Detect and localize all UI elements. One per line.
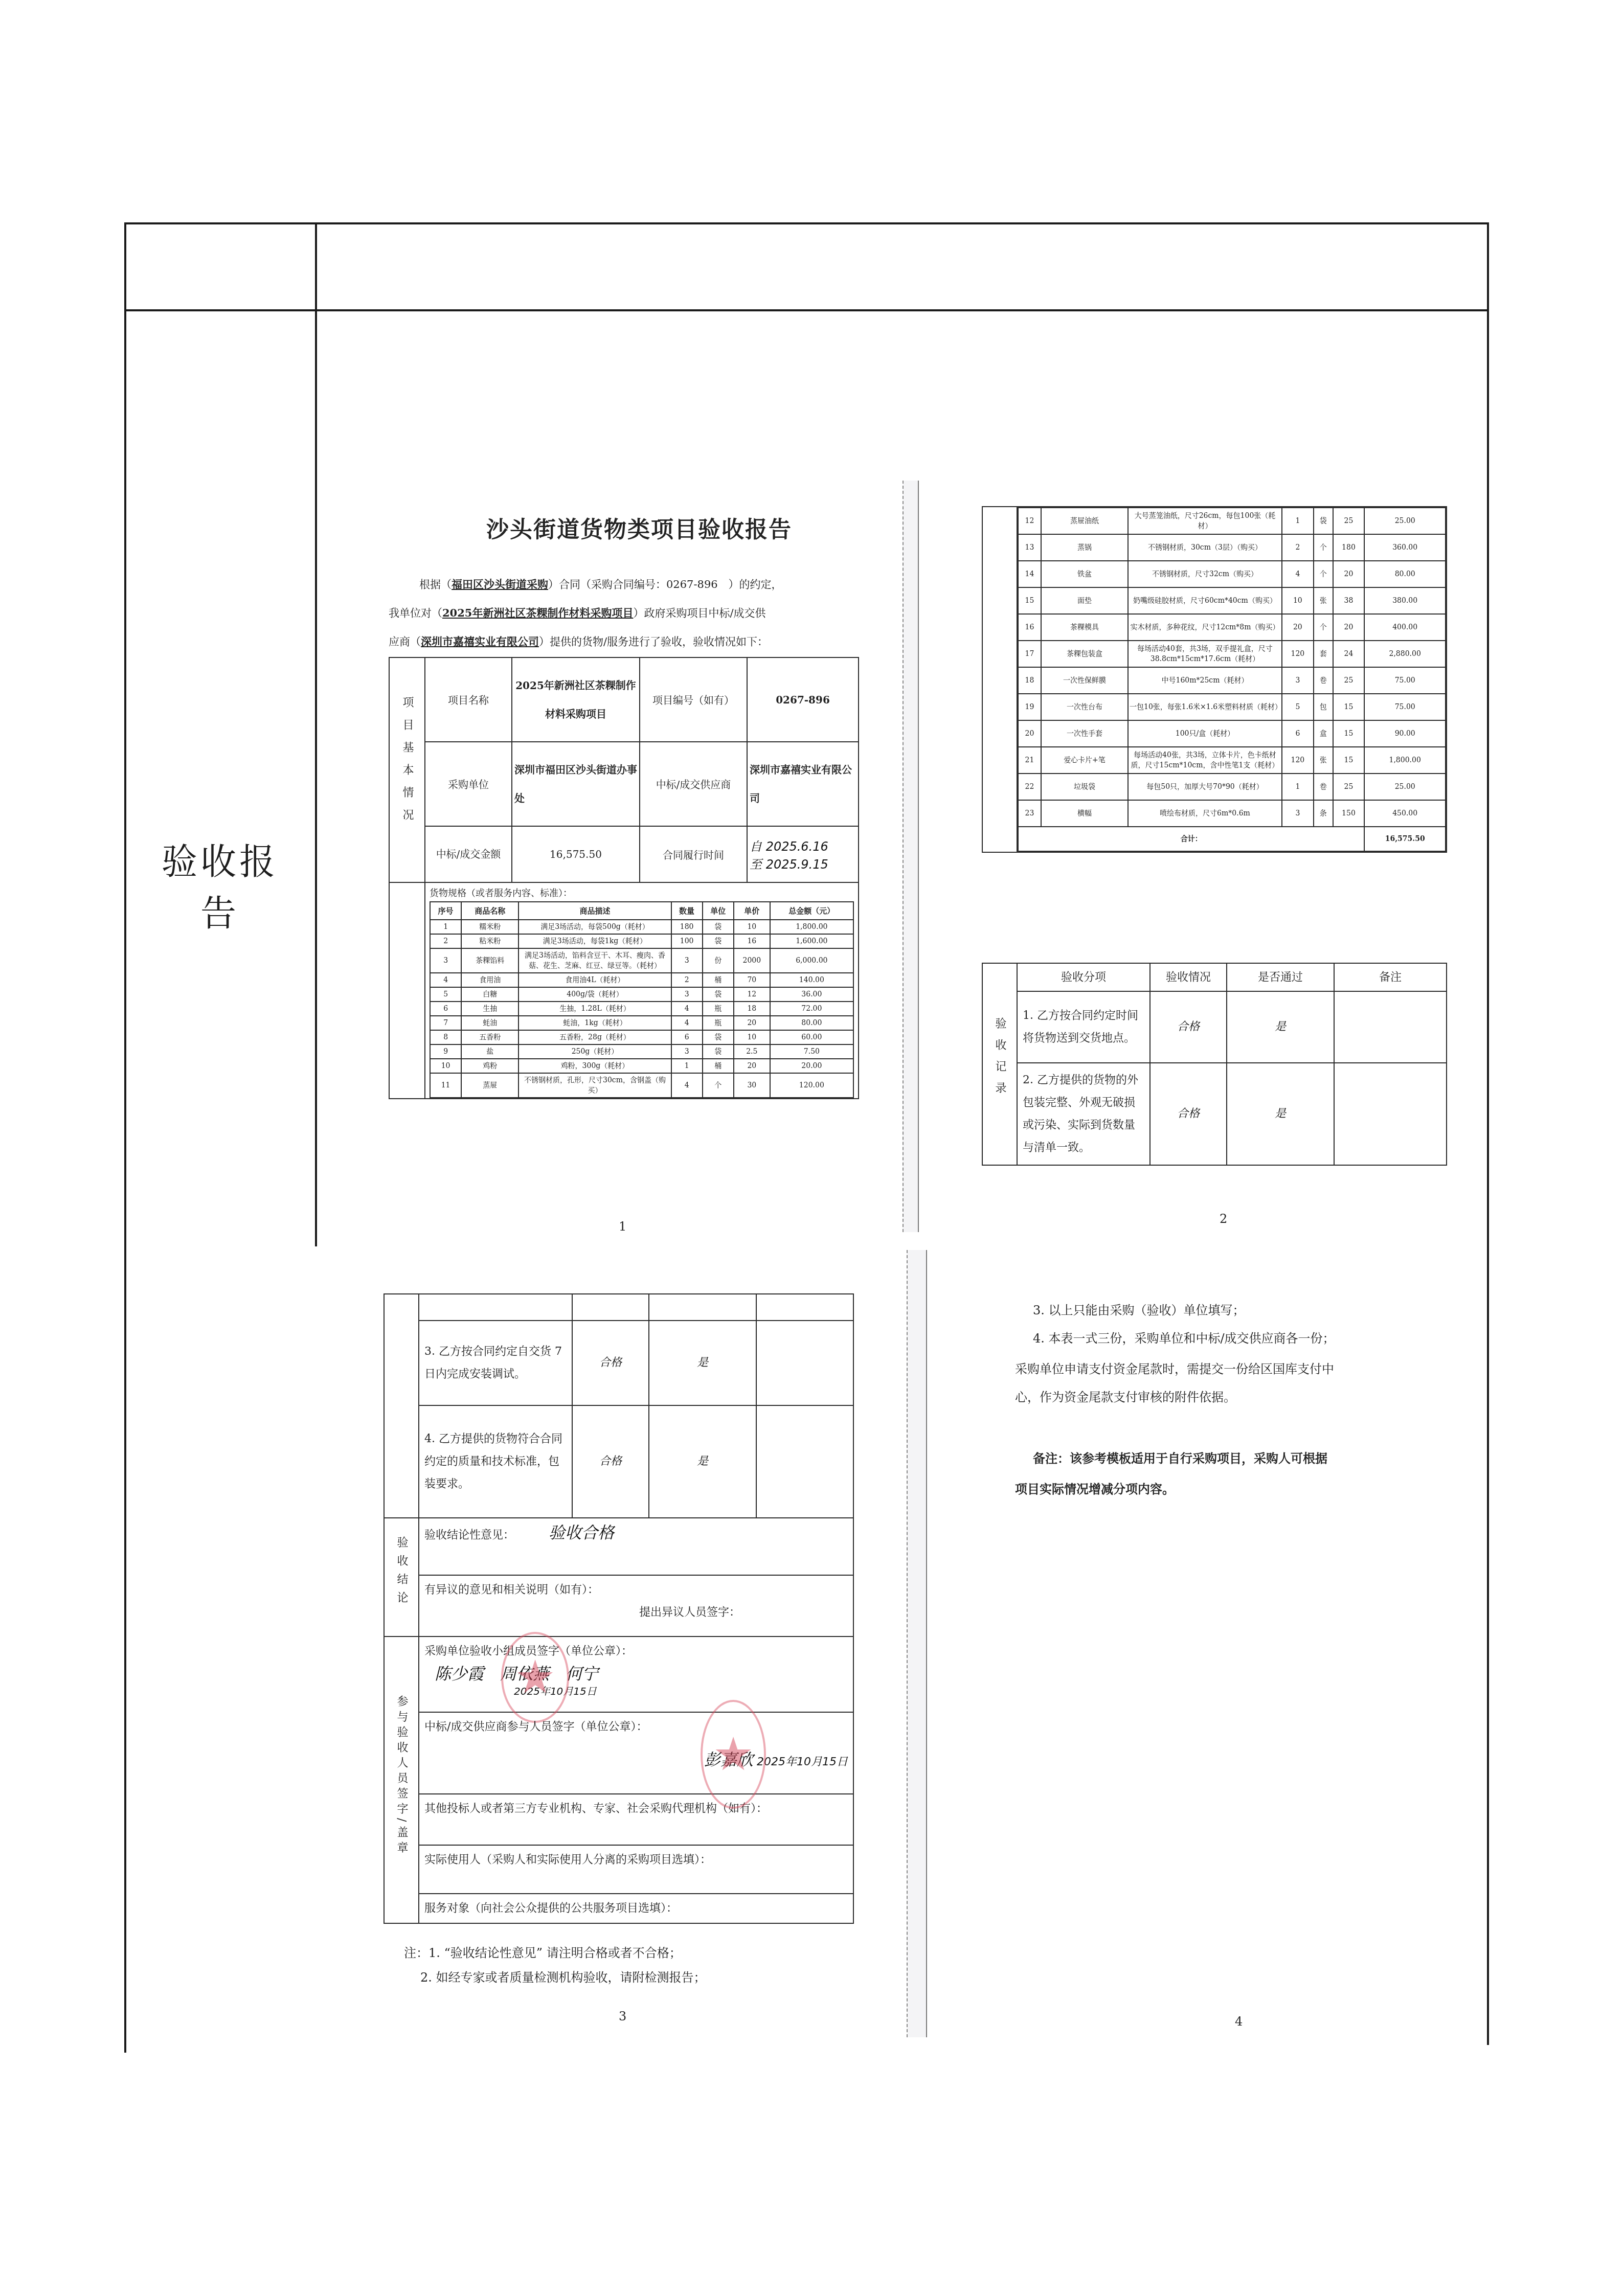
- record-item-2: 2. 乙方提供的货物的外包装完整、外观无破损或污染、实际到货数量与清单一致。: [1017, 1063, 1150, 1165]
- signature-table: 参与验收人员签字/盖章 采购单位验收小组成员签字（单位公章）： 陈少霞 周依燕 …: [384, 1636, 854, 1924]
- column-header: 序号: [430, 902, 461, 920]
- table-cell: 2000: [734, 948, 770, 973]
- table-cell: 个: [703, 1073, 734, 1098]
- record-item-1: 1. 乙方按合同约定时间将货物送到交货地点。: [1017, 991, 1150, 1063]
- table-cell: 18: [1018, 667, 1041, 694]
- table-cell: 3: [671, 987, 703, 1002]
- table-cell: 4: [671, 1016, 703, 1030]
- table-cell: 蒸屉: [461, 1073, 518, 1098]
- record-result-2: 合格: [1150, 1063, 1227, 1165]
- table-cell: 4: [671, 1002, 703, 1016]
- table-cell: 20: [1282, 614, 1314, 641]
- column-header: 单位: [703, 902, 734, 920]
- page-2: 12蒸屉油纸大号蒸笼油纸，尺寸26cm，每包100张（耗材）1袋2525.001…: [982, 506, 1457, 1232]
- table-cell: 食用油4L（耗材）: [518, 973, 671, 987]
- note-2: 2. 如经专家或者质量检测机构验收，请附检测报告；: [420, 1963, 706, 1992]
- table-cell: 120.00: [770, 1073, 853, 1098]
- table-cell: 100: [671, 934, 703, 948]
- table-row: 12蒸屉油纸大号蒸笼油纸，尺寸26cm，每包100张（耗材）1袋2525.00: [1018, 508, 1446, 534]
- purchaser-signers: 陈少霞 周依燕 何宁: [424, 1663, 848, 1685]
- table-cell: 垃圾袋: [1041, 774, 1128, 800]
- supplier-sign-label: 中标/成交供应商参与人员签字（单位公章）：: [424, 1716, 848, 1738]
- table-cell: 食用油: [461, 973, 518, 987]
- table-cell: 80.00: [1364, 561, 1446, 587]
- table-cell: 2: [430, 934, 461, 948]
- table-cell: 一次性台布: [1041, 694, 1128, 720]
- table-cell: 份: [703, 948, 734, 973]
- table-row: 23横幅喷绘布材质，尺寸6m*0.6m3条150450.00: [1018, 800, 1446, 827]
- table-cell: 袋: [703, 1044, 734, 1059]
- objection-label: 有异议的意见和相关说明（如有）：: [424, 1579, 848, 1601]
- table-row: 4食用油食用油4L（耗材）2桶70140.00: [430, 973, 853, 987]
- table-cell: 满足3场活动，每袋1kg（耗材）: [518, 934, 671, 948]
- table-cell: 60.00: [770, 1030, 853, 1044]
- table-row: 9盐250g（耗材）3袋2.57.50: [430, 1044, 853, 1059]
- table-cell: 一包10张，每张1.6米×1.6米塑料材质（耗材）: [1128, 694, 1282, 720]
- supplier-sign-date: 2025年10月15日: [757, 1756, 848, 1768]
- table-cell: 18: [734, 1002, 770, 1016]
- table-cell: 1: [1282, 774, 1314, 800]
- table-cell: 1: [430, 920, 461, 934]
- table-cell: 1,600.00: [770, 934, 853, 948]
- table-cell: 9: [430, 1044, 461, 1059]
- table-cell: 瓶: [703, 1002, 734, 1016]
- records-section-label: 验收记录: [988, 1017, 1011, 1103]
- column-header: 总金额（元）: [770, 902, 853, 920]
- table-cell: 14: [1018, 561, 1041, 587]
- table-cell: 茶粿馅料: [461, 948, 518, 973]
- table-cell: 蚝油，1kg（耗材）: [518, 1016, 671, 1030]
- table-cell: 一次性保鲜膜: [1041, 667, 1128, 694]
- table-cell: 15: [1018, 587, 1041, 614]
- table-row: 22垃圾袋每包50只，加厚大号70*90（耗材）1卷2525.00: [1018, 774, 1446, 800]
- table-cell: 1,800.00: [1364, 747, 1446, 774]
- table-cell: 72.00: [770, 1002, 853, 1016]
- header-remark: 备注: [1334, 963, 1447, 991]
- conclusion-section-label: 验收结论: [390, 1536, 413, 1610]
- table-row: 14铁盆不锈钢材质，尺寸32cm（购买）4个2080.00: [1018, 561, 1446, 587]
- table-row: 17茶粿包装盒每场活动40套，共3场，双手提礼盒，尺寸38.8cm*15cm*1…: [1018, 641, 1446, 667]
- table-cell: 3: [671, 948, 703, 973]
- record-passed-1: 是: [1227, 991, 1334, 1063]
- page-number-1: 1: [619, 1219, 626, 1234]
- supplier-signature-cell: 中标/成交供应商参与人员签字（单位公章）： 彭嘉欣 2025年10月15日 ★: [419, 1712, 853, 1794]
- outer-frame-left: [124, 222, 126, 2053]
- table-cell: 个: [1314, 534, 1333, 561]
- table-cell: 每场活动40套，共3场，双手提礼盒，尺寸38.8cm*15cm*17.6cm（耗…: [1128, 641, 1282, 667]
- table-cell: 25.00: [1364, 508, 1446, 534]
- table-cell: 25: [1333, 774, 1365, 800]
- table-cell: 20: [1333, 561, 1365, 587]
- table-cell: 5: [1282, 694, 1314, 720]
- contract-party: 福田区沙头街道采购: [452, 578, 548, 590]
- outer-frame-top: [124, 222, 1489, 224]
- record-item-4: 4. 乙方提供的货物符合合同约定的质量和技术标准，包装要求。: [419, 1405, 572, 1518]
- table-cell: 24: [1333, 641, 1365, 667]
- table-row: 15面垫奶嘴级硅胶材质，尺寸60cm*40cm（购买）10张38380.00: [1018, 587, 1446, 614]
- period-from: 自 2025.6.16: [750, 836, 856, 854]
- table-row: 5白糖400g/袋（耗材）3袋1236.00: [430, 987, 853, 1002]
- total-label: 合计：: [1018, 827, 1364, 851]
- table-row: 2粘米粉满足3场活动，每袋1kg（耗材）100袋161,600.00: [430, 934, 853, 948]
- record-remark-1: [1334, 991, 1447, 1063]
- table-cell: 25.00: [1364, 774, 1446, 800]
- outer-frame-right: [1487, 222, 1489, 2045]
- record-remark-3: [756, 1321, 853, 1405]
- table-cell: 13: [1018, 534, 1041, 561]
- column-header: 数量: [671, 902, 703, 920]
- project-no-label: 项目编号（如有）: [640, 657, 747, 742]
- table-cell: 每包50只，加厚大号70*90（耗材）: [1128, 774, 1282, 800]
- table-cell: 每场活动40张，共3场，立体卡片，色卡纸材质，尺寸15cm*10cm，含中性笔1…: [1128, 747, 1282, 774]
- table-cell: 实木材质，多种花纹，尺寸12cm*8m（购买）: [1128, 614, 1282, 641]
- table-cell: 10: [734, 1030, 770, 1044]
- project-name-label: 项目名称: [425, 657, 512, 742]
- table-cell: 张: [1314, 747, 1333, 774]
- total-row: 合计：16,575.50: [1018, 827, 1446, 851]
- table-cell: 20.00: [770, 1059, 853, 1073]
- table-cell: 6: [430, 1002, 461, 1016]
- outer-frame-col-divider: [315, 222, 317, 1246]
- spec-cell: 货物规格（或者服务内容、标准）： 序号商品名称商品描述数量单位单价总金额（元）1…: [425, 882, 859, 1099]
- table-cell: 袋: [703, 987, 734, 1002]
- items-table-part1: 序号商品名称商品描述数量单位单价总金额（元）1糯米粉满足3场活动，每袋500g（…: [430, 901, 854, 1098]
- table-cell: 10: [1282, 587, 1314, 614]
- purchaser-stamp: ★: [501, 1632, 569, 1723]
- table-cell: 条: [1314, 800, 1333, 827]
- note-4-line-3: 心，作为资金尾款支付审核的附件依据。: [1015, 1383, 1236, 1412]
- table-cell: 4: [671, 1073, 703, 1098]
- opinion-label: 验收结论性意见：: [424, 1529, 514, 1541]
- table-cell: 90.00: [1364, 720, 1446, 747]
- table-cell: 20: [1018, 720, 1041, 747]
- purchaser-value: 深圳市福田区沙头街道办事处: [512, 742, 640, 826]
- table-cell: 一次性手套: [1041, 720, 1128, 747]
- header-item: 验收分项: [1017, 963, 1150, 991]
- table-cell: 盐: [461, 1044, 518, 1059]
- table-cell: 400.00: [1364, 614, 1446, 641]
- table-cell: 喷绘布材质，尺寸6m*0.6m: [1128, 800, 1282, 827]
- table-cell: 23: [1018, 800, 1041, 827]
- table-cell: 6: [1282, 720, 1314, 747]
- supplier-label: 中标/成交供应商: [640, 742, 747, 826]
- table-cell: 白糖: [461, 987, 518, 1002]
- table-cell: 1: [1282, 508, 1314, 534]
- table-cell: 生抽，1.28L（耗材）: [518, 1002, 671, 1016]
- period-to: 至 2025.9.15: [750, 854, 856, 872]
- record-result-4: 合格: [572, 1405, 649, 1518]
- record-remark-2: [1334, 1063, 1447, 1165]
- acceptance-records-continued: 3. 乙方按合同约定自交货 7 日内完成安装调试。 合格 是 4. 乙方提供的货…: [384, 1293, 854, 1518]
- page-number-2: 2: [1220, 1212, 1227, 1226]
- purchaser-sign-label: 采购单位验收小组成员签字（单位公章）：: [424, 1640, 848, 1663]
- service-target-label: 服务对象（向社会公众提供的公共服务项目选填）：: [419, 1894, 853, 1923]
- table-cell: 鸡粉: [461, 1059, 518, 1073]
- note-3: 3. 以上只能由采购（验收）单位填写；: [1033, 1296, 1245, 1325]
- page-gutter-top: [903, 481, 919, 1232]
- table-cell: 1,800.00: [770, 920, 853, 934]
- purchaser-signature-cell: 采购单位验收小组成员签字（单位公章）： 陈少霞 周依燕 何宁 2025年10月1…: [419, 1636, 853, 1712]
- amount-label: 中标/成交金额: [425, 826, 512, 882]
- amount-value: 16,575.50: [512, 826, 640, 882]
- period-label: 合同履行时间: [640, 826, 747, 882]
- table-cell: 蒸屉油纸: [1041, 508, 1128, 534]
- conclusion-table: 验收结论 验收结论性意见： 验收合格 有异议的意见和相关说明（如有）： 提出异议…: [384, 1517, 854, 1637]
- header-result: 验收情况: [1150, 963, 1227, 991]
- table-cell: 180: [1333, 534, 1365, 561]
- table-cell: 茶粿包装盒: [1041, 641, 1128, 667]
- table-cell: 袋: [703, 1030, 734, 1044]
- table-cell: 100只/盒（耗材）: [1128, 720, 1282, 747]
- actual-user-label: 实际使用人（采购人和实际使用人分离的采购项目选填）：: [419, 1845, 853, 1894]
- items-table-part2: 12蒸屉油纸大号蒸笼油纸，尺寸26cm，每包100张（耗材）1袋2525.001…: [1018, 507, 1446, 852]
- table-cell: 22: [1018, 774, 1041, 800]
- table-cell: 不锈钢材质，30cm（3层）（购买）: [1128, 534, 1282, 561]
- project-name: 2025年新洲社区茶粿制作材料采购项目: [442, 606, 633, 619]
- table-cell: 12: [1018, 508, 1041, 534]
- table-row: 16茶粿模具实木材质，多种花纹，尺寸12cm*8m（购买）20个20400.00: [1018, 614, 1446, 641]
- basic-info-table: 项目基本情况 项目名称 2025年新洲社区茶粿制作材料采购项目 项目编号（如有）…: [389, 657, 859, 1099]
- outer-frame-header-divider: [124, 309, 1489, 311]
- table-row: 11蒸屉不锈钢材质，孔形，尺寸30cm，含钢盖（购买）4个30120.00: [430, 1073, 853, 1098]
- table-cell: 450.00: [1364, 800, 1446, 827]
- table-cell: 2,880.00: [1364, 641, 1446, 667]
- table-cell: 150: [1333, 800, 1365, 827]
- table-cell: 卷: [1314, 667, 1333, 694]
- table-cell: 2: [671, 973, 703, 987]
- table-cell: 120: [1282, 641, 1314, 667]
- table-cell: 36.00: [770, 987, 853, 1002]
- table-cell: 蒸锅: [1041, 534, 1128, 561]
- table-row: 3茶粿馅料满足3场活动，馅料含豆干、木耳、瘦肉、香菇、花生、芝麻、红豆、绿豆等。…: [430, 948, 853, 973]
- table-cell: 瓶: [703, 1016, 734, 1030]
- table-cell: 11: [430, 1073, 461, 1098]
- table-cell: 15: [1333, 720, 1365, 747]
- supplier-stamp: ★: [701, 1700, 766, 1809]
- table-cell: 桶: [703, 1059, 734, 1073]
- items-continued-frame: 12蒸屉油纸大号蒸笼油纸，尺寸26cm，每包100张（耗材）1袋2525.001…: [982, 506, 1447, 853]
- table-row: 6生抽生抽，1.28L（耗材）4瓶1872.00: [430, 1002, 853, 1016]
- table-cell: 380.00: [1364, 587, 1446, 614]
- objection-sign-label: 提出异议人员签字：: [424, 1601, 848, 1624]
- table-cell: 2.5: [734, 1044, 770, 1059]
- remark-line-1: 备注：该参考模板适用于自行采购项目，采购人可根据: [1033, 1444, 1327, 1473]
- column-header: 商品描述: [518, 902, 671, 920]
- stamp-star-icon: ★: [514, 1666, 556, 1689]
- table-row: 18一次性保鲜膜中号160m*25cm（耗材）3卷2575.00: [1018, 667, 1446, 694]
- header-passed: 是否通过: [1227, 963, 1334, 991]
- record-item-3: 3. 乙方按合同约定自交货 7 日内完成安装调试。: [419, 1321, 572, 1405]
- table-cell: 400g/袋（耗材）: [518, 987, 671, 1002]
- table-cell: 180: [671, 920, 703, 934]
- table-cell: 个: [1314, 561, 1333, 587]
- table-cell: 袋: [1314, 508, 1333, 534]
- table-cell: 卷: [1314, 774, 1333, 800]
- record-passed-2: 是: [1227, 1063, 1334, 1165]
- record-result-3: 合格: [572, 1321, 649, 1405]
- table-cell: 4: [430, 973, 461, 987]
- table-row: 13蒸锅不锈钢材质，30cm（3层）（购买）2个180360.00: [1018, 534, 1446, 561]
- table-cell: 盒: [1314, 720, 1333, 747]
- table-cell: 桶: [703, 973, 734, 987]
- third-party-label: 其他投标人或者第三方专业机构、专家、社会采购代理机构（如有）：: [419, 1794, 853, 1845]
- purchaser-label: 采购单位: [425, 742, 512, 826]
- report-title: 沙头街道货物类项目验收报告: [389, 511, 890, 544]
- column-header: 单价: [734, 902, 770, 920]
- table-cell: 满足3场活动，每袋500g（耗材）: [518, 920, 671, 934]
- table-cell: 1: [671, 1059, 703, 1073]
- project-name-value: 2025年新洲社区茶粿制作材料采购项目: [512, 657, 640, 742]
- table-cell: 袋: [703, 920, 734, 934]
- supplier-value: 深圳市嘉禧实业有限公司: [747, 742, 859, 826]
- table-cell: 蚝油: [461, 1016, 518, 1030]
- record-result-1: 合格: [1150, 991, 1227, 1063]
- table-cell: 大号蒸笼油纸，尺寸26cm，每包100张（耗材）: [1128, 508, 1282, 534]
- note-4-line-2: 采购单位申请支付资金尾款时，需提交一份给区国库支付中: [1015, 1355, 1334, 1383]
- table-cell: 奶嘴级硅胶材质，尺寸60cm*40cm（购买）: [1128, 587, 1282, 614]
- objection-cell: 有异议的意见和相关说明（如有）： 提出异议人员签字：: [419, 1575, 853, 1636]
- page-1: 沙头街道货物类项目验收报告 根据（福田区沙头街道采购）合同（采购合同编号：026…: [389, 491, 890, 1237]
- table-cell: 不锈钢材质，尺寸32cm（购买）: [1128, 561, 1282, 587]
- table-cell: 19: [1018, 694, 1041, 720]
- table-cell: 横幅: [1041, 800, 1128, 827]
- table-cell: 包: [1314, 694, 1333, 720]
- table-cell: 面垫: [1041, 587, 1128, 614]
- remark-line-2: 项目实际情况增减分项内容。: [1015, 1475, 1175, 1504]
- table-cell: 粘米粉: [461, 934, 518, 948]
- table-cell: 8: [430, 1030, 461, 1044]
- table-row: 1糯米粉满足3场活动，每袋500g（耗材）180袋101,800.00: [430, 920, 853, 934]
- table-cell: 15: [1333, 747, 1365, 774]
- supplier-name: 深圳市嘉禧实业有限公司: [421, 635, 539, 648]
- table-cell: 20: [1333, 614, 1365, 641]
- table-cell: 120: [1282, 747, 1314, 774]
- stamp-star-icon: ★: [713, 1743, 754, 1766]
- project-no-value: 0267-896: [747, 657, 859, 742]
- table-cell: 20: [734, 1059, 770, 1073]
- table-cell: 3: [671, 1044, 703, 1059]
- table-cell: 16: [734, 934, 770, 948]
- record-remark-4: [756, 1405, 853, 1518]
- table-row: 7蚝油蚝油，1kg（耗材）4瓶2080.00: [430, 1016, 853, 1030]
- page-number-4: 4: [1235, 2014, 1243, 2029]
- table-row: 19一次性台布一包10张，每张1.6米×1.6米塑料材质（耗材）5包1575.0…: [1018, 694, 1446, 720]
- table-cell: 30: [734, 1073, 770, 1098]
- table-cell: 25: [1333, 667, 1365, 694]
- total-value: 16,575.50: [1364, 827, 1446, 851]
- spec-label: 货物规格（或者服务内容、标准）：: [430, 886, 854, 899]
- table-cell: 7: [430, 1016, 461, 1030]
- table-cell: 铁盆: [1041, 561, 1128, 587]
- table-cell: 15: [1333, 694, 1365, 720]
- table-cell: 套: [1314, 641, 1333, 667]
- signature-section-label: 参与验收人员签字/盖章: [390, 1695, 413, 1856]
- table-cell: 爱心卡片+笔: [1041, 747, 1128, 774]
- page-3: 3. 乙方按合同约定自交货 7 日内完成安装调试。 合格 是 4. 乙方提供的货…: [384, 1293, 864, 2045]
- table-cell: 75.00: [1364, 694, 1446, 720]
- table-cell: 6: [671, 1030, 703, 1044]
- table-cell: 140.00: [770, 973, 853, 987]
- table-cell: 5: [430, 987, 461, 1002]
- table-cell: 16: [1018, 614, 1041, 641]
- table-cell: 25: [1333, 508, 1365, 534]
- table-cell: 袋: [703, 934, 734, 948]
- outer-form-label: 验收报告: [143, 833, 297, 937]
- contract-no: 0267-896: [666, 578, 718, 590]
- table-cell: 10: [734, 920, 770, 934]
- table-cell: 21: [1018, 747, 1041, 774]
- table-cell: 7.50: [770, 1044, 853, 1059]
- record-passed-4: 是: [649, 1405, 756, 1518]
- table-cell: 3: [1282, 667, 1314, 694]
- table-row: 20一次性手套100只/盒（耗材）6盒1590.00: [1018, 720, 1446, 747]
- basic-info-section-label: 项目基本情况: [389, 657, 425, 882]
- table-cell: 10: [430, 1059, 461, 1073]
- table-cell: 个: [1314, 614, 1333, 641]
- table-cell: 70: [734, 973, 770, 987]
- intro-paragraph: 根据（福田区沙头街道采购）合同（采购合同编号：0267-896 ）的约定， 我单…: [389, 570, 890, 656]
- table-cell: 4: [1282, 561, 1314, 587]
- table-cell: 360.00: [1364, 534, 1446, 561]
- table-cell: 6,000.00: [770, 948, 853, 973]
- table-cell: 糯米粉: [461, 920, 518, 934]
- table-cell: 张: [1314, 587, 1333, 614]
- table-cell: 38: [1333, 587, 1365, 614]
- table-cell: 20: [734, 1016, 770, 1030]
- acceptance-records-table: 验收记录 验收分项 验收情况 是否通过 备注 1. 乙方按合同约定时间将货物送到…: [982, 963, 1447, 1166]
- purchaser-sign-date: 2025年10月15日: [424, 1685, 848, 1697]
- table-cell: 茶粿模具: [1041, 614, 1128, 641]
- table-cell: 250g（耗材）: [518, 1044, 671, 1059]
- table-cell: 80.00: [770, 1016, 853, 1030]
- table-cell: 2: [1282, 534, 1314, 561]
- table-cell: 3: [1282, 800, 1314, 827]
- opinion-cell: 验收结论性意见： 验收合格: [419, 1518, 853, 1575]
- page-4: 3. 以上只能由采购（验收）单位填写； 4. 本表一式三份，采购单位和中标/成交…: [1015, 1296, 1455, 2037]
- table-cell: 不锈钢材质，孔形，尺寸30cm，含钢盖（购买）: [518, 1073, 671, 1098]
- note-4-line-1: 4. 本表一式三份，采购单位和中标/成交供应商各一份；: [1033, 1324, 1335, 1353]
- table-cell: 75.00: [1364, 667, 1446, 694]
- table-row: 8五香粉五香粉，28g（耗材）6袋1060.00: [430, 1030, 853, 1044]
- period-value: 自 2025.6.16 至 2025.9.15: [747, 826, 859, 882]
- table-row: 10鸡粉鸡粉，300g（耗材）1桶2020.00: [430, 1059, 853, 1073]
- page-number-3: 3: [619, 2009, 626, 2024]
- table-row: 21爱心卡片+笔每场活动40张，共3场，立体卡片，色卡纸材质，尺寸15cm*10…: [1018, 747, 1446, 774]
- table-cell: 中号160m*25cm（耗材）: [1128, 667, 1282, 694]
- table-cell: 五香粉: [461, 1030, 518, 1044]
- table-header-row: 序号商品名称商品描述数量单位单价总金额（元）: [430, 902, 853, 920]
- table-cell: 满足3场活动，馅料含豆干、木耳、瘦肉、香菇、花生、芝麻、红豆、绿豆等。（耗材）: [518, 948, 671, 973]
- record-passed-3: 是: [649, 1321, 756, 1405]
- table-cell: 生抽: [461, 1002, 518, 1016]
- table-cell: 鸡粉，300g（耗材）: [518, 1059, 671, 1073]
- opinion-value: 验收合格: [549, 1523, 614, 1542]
- table-cell: 3: [430, 948, 461, 973]
- table-cell: 12: [734, 987, 770, 1002]
- table-cell: 17: [1018, 641, 1041, 667]
- column-header: 商品名称: [461, 902, 518, 920]
- page-gutter-bottom: [907, 1250, 927, 2037]
- table-cell: 五香粉，28g（耗材）: [518, 1030, 671, 1044]
